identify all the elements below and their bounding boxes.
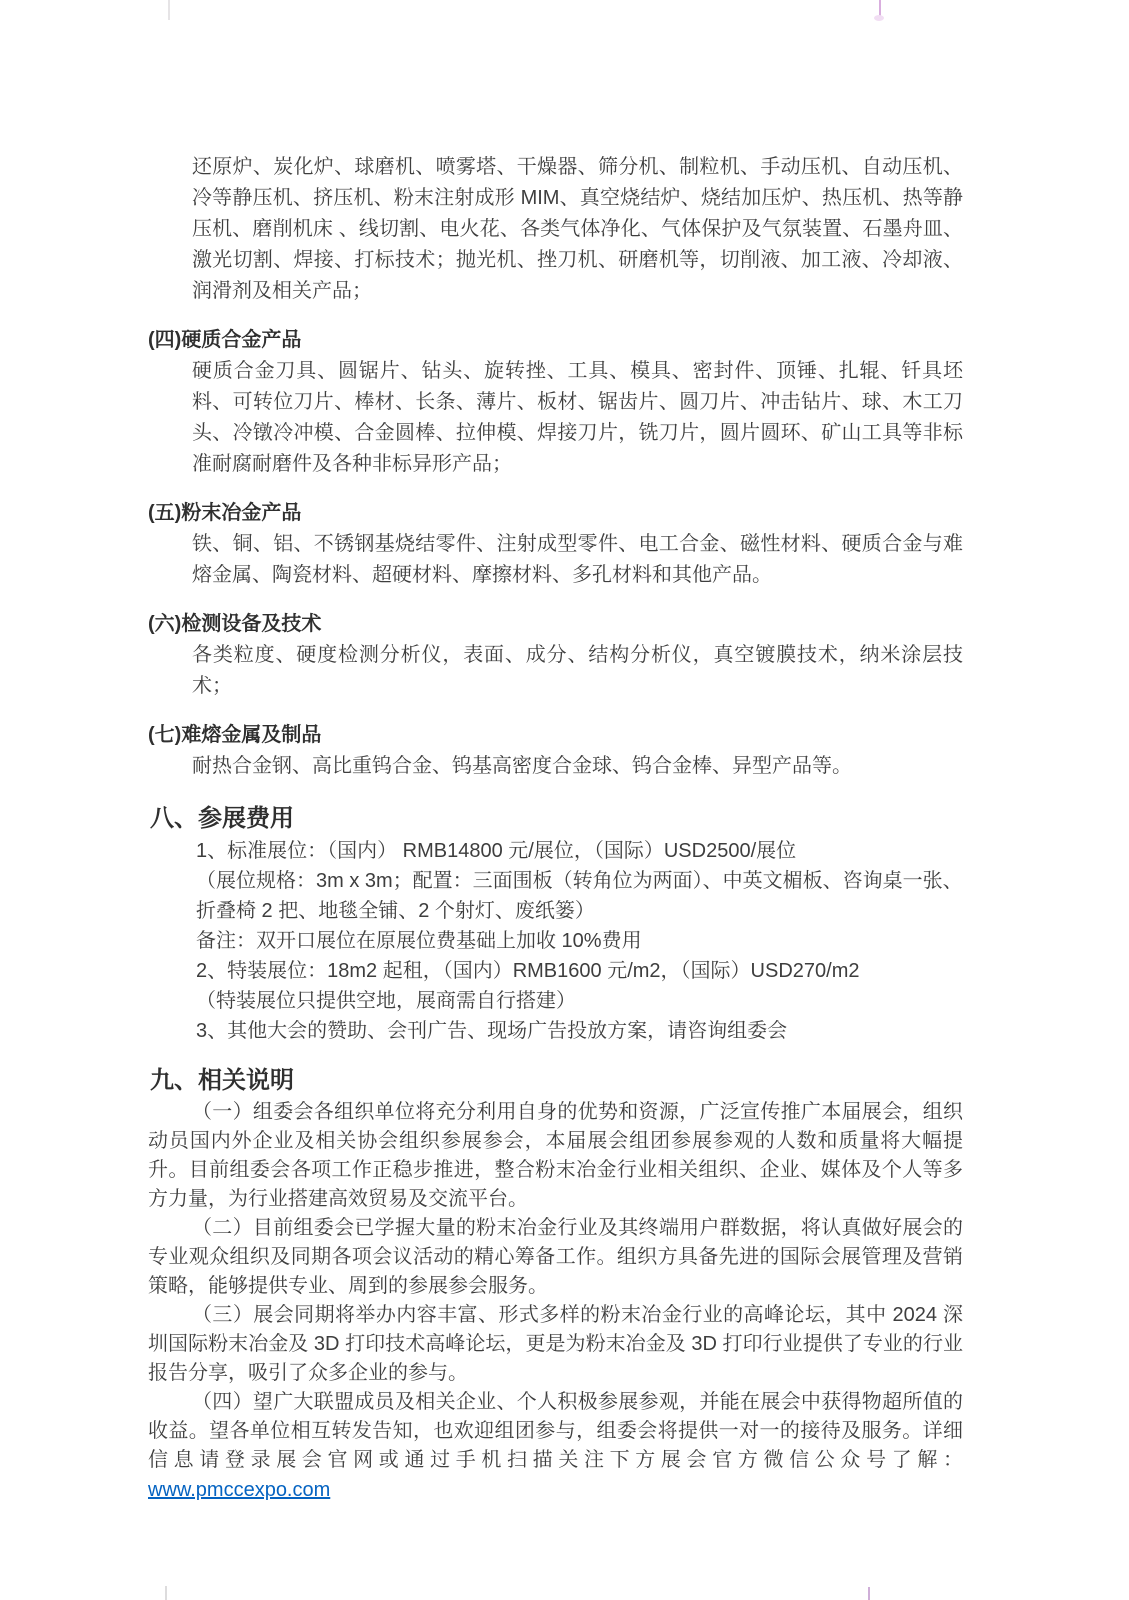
- document-content: 还原炉、炭化炉、球磨机、喷雾塔、干燥器、筛分机、制粒机、手动压机、自动压机、冷等…: [148, 152, 963, 1505]
- category-heading-pm-products: (五)粉末冶金产品: [148, 498, 963, 529]
- scan-artifact-top-right: [879, 0, 881, 17]
- exhibit-items-continued-paragraph: 还原炉、炭化炉、球磨机、喷雾塔、干燥器、筛分机、制粒机、手动压机、自动压机、冷等…: [192, 152, 963, 307]
- fee-item-standard-booth: 1、标准展位：（国内） RMB14800 元/展位，（国际）USD2500/展位: [196, 836, 963, 866]
- fee-items-list: 1、标准展位：（国内） RMB14800 元/展位，（国际）USD2500/展位…: [196, 836, 963, 1046]
- fee-item-raw-space: 2、特装展位：18m2 起租，（国内）RMB1600 元/m2，（国际）USD2…: [196, 956, 963, 986]
- section-heading-fees: 八、参展费用: [150, 802, 963, 836]
- category-section-testing: (六)检测设备及技术 各类粒度、硬度检测分析仪，表面、成分、结构分析仪，真空镀膜…: [148, 609, 963, 702]
- note-paragraph-2: （二）目前组委会已学握大量的粉末冶金行业及其终端用户群数据，将认真做好展会的专业…: [148, 1214, 963, 1301]
- category-heading-carbide: (四)硬质合金产品: [148, 325, 963, 356]
- category-section-pm-products: (五)粉末冶金产品 铁、铜、铝、不锈钢基烧结零件、注射成型零件、电工合金、磁性材…: [148, 498, 963, 591]
- scan-artifact-bottom-right: [868, 1587, 870, 1600]
- category-body-refractory: 耐热合金钢、高比重钨合金、钨基高密度合金球、钨合金棒、异型产品等。: [192, 751, 963, 782]
- note-paragraph-4: （四）望广大联盟成员及相关企业、个人积极参展参观，并能在展会中获得物超所值的收益…: [148, 1388, 963, 1475]
- category-body-pm-products: 铁、铜、铝、不锈钢基烧结零件、注射成型零件、电工合金、磁性材料、硬质合金与难熔金…: [192, 529, 963, 591]
- scan-artifact-top-left: [168, 0, 170, 20]
- fee-item-sponsorship: 3、其他大会的赞助、会刊广告、现场广告投放方案，请咨询组委会: [196, 1016, 963, 1046]
- fee-item-remark: 备注：双开口展位在原展位费基础上加收 10%费用: [196, 926, 963, 956]
- note-paragraph-3: （三）展会同期将举办内容丰富、形式多样的粉末冶金行业的高峰论坛，其中 2024 …: [148, 1301, 963, 1388]
- category-heading-testing: (六)检测设备及技术: [148, 609, 963, 640]
- category-heading-refractory: (七)难熔金属及制品: [148, 720, 963, 751]
- scan-artifact-top-right-dot: [874, 15, 884, 21]
- category-body-testing: 各类粒度、硬度检测分析仪，表面、成分、结构分析仪，真空镀膜技术，纳米涂层技术；: [192, 640, 963, 702]
- note-paragraph-1: （一）组委会各组织单位将充分利用自身的优势和资源，广泛宣传推广本届展会，组织动员…: [148, 1098, 963, 1214]
- category-section-carbide: (四)硬质合金产品 硬质合金刀具、圆锯片、钻头、旋转挫、工具、模具、密封件、顶锤…: [148, 325, 963, 480]
- category-section-refractory: (七)难熔金属及制品 耐热合金钢、高比重钨合金、钨基高密度合金球、钨合金棒、异型…: [148, 720, 963, 782]
- category-body-carbide: 硬质合金刀具、圆锯片、钻头、旋转挫、工具、模具、密封件、顶锤、扎辊、钎具坯料、可…: [192, 356, 963, 480]
- fee-item-raw-space-note: （特装展位只提供空地，展商需自行搭建）: [196, 986, 963, 1016]
- document-page: 还原炉、炭化炉、球磨机、喷雾塔、干燥器、筛分机、制粒机、手动压机、自动压机、冷等…: [0, 0, 1129, 1600]
- section-heading-notes: 九、相关说明: [150, 1064, 963, 1098]
- scan-artifact-bottom-left: [165, 1586, 167, 1600]
- fee-item-booth-spec: （展位规格：3m x 3m；配置：三面围板（转角位为两面）、中英文楣板、咨询桌一…: [196, 866, 963, 926]
- website-link[interactable]: www.pmccexpo.com: [148, 1476, 330, 1505]
